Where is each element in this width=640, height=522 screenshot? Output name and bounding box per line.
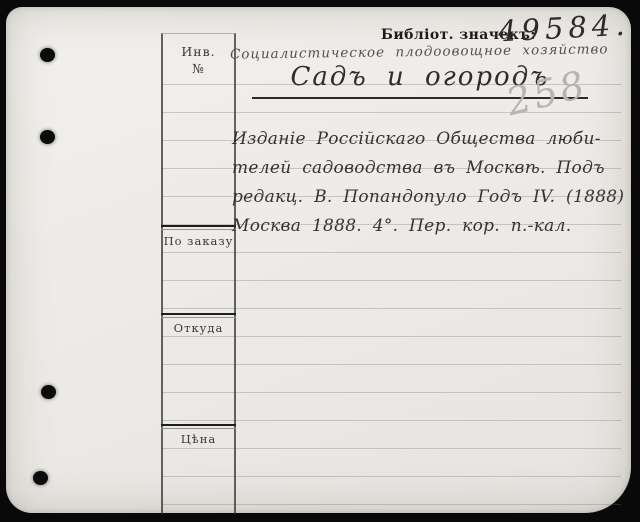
price-label: Цѣна: [163, 432, 234, 446]
punch-hole: [41, 385, 56, 399]
by-order-label: По заказу: [163, 234, 234, 248]
origin-label: Откуда: [163, 321, 234, 335]
section-divider: [161, 225, 236, 230]
punch-hole: [40, 48, 55, 62]
description-line: телей садоводства въ Москвѣ. Подъ: [232, 154, 624, 183]
section-divider: [161, 424, 236, 429]
subject-annotation: Социалистическое плодоовощное хозяйство: [230, 41, 609, 62]
catalog-card: Инв. № По заказу Откуда Цѣна Библіот. зн…: [6, 7, 631, 513]
scan-background: { "card": { "biblio_label": "Библіот. зн…: [0, 0, 640, 522]
description-line: Москва 1888. 4°. Пер. кор. п.-кал.: [232, 212, 624, 241]
info-column: Инв. № По заказу Откуда Цѣна: [161, 33, 236, 514]
punch-hole: [40, 130, 55, 144]
description-line: Изданіе Россійскаго Общества люби-: [232, 125, 624, 154]
inventory-number-label: Инв.: [163, 44, 234, 59]
bibliographic-description: Изданіе Россійскаго Общества люби- телей…: [232, 125, 624, 241]
inventory-number-sign: №: [163, 61, 234, 76]
punch-hole: [33, 471, 48, 485]
section-divider: [161, 313, 236, 318]
description-line: редакц. В. Попандопуло Годъ IV. (1888): [232, 183, 624, 212]
